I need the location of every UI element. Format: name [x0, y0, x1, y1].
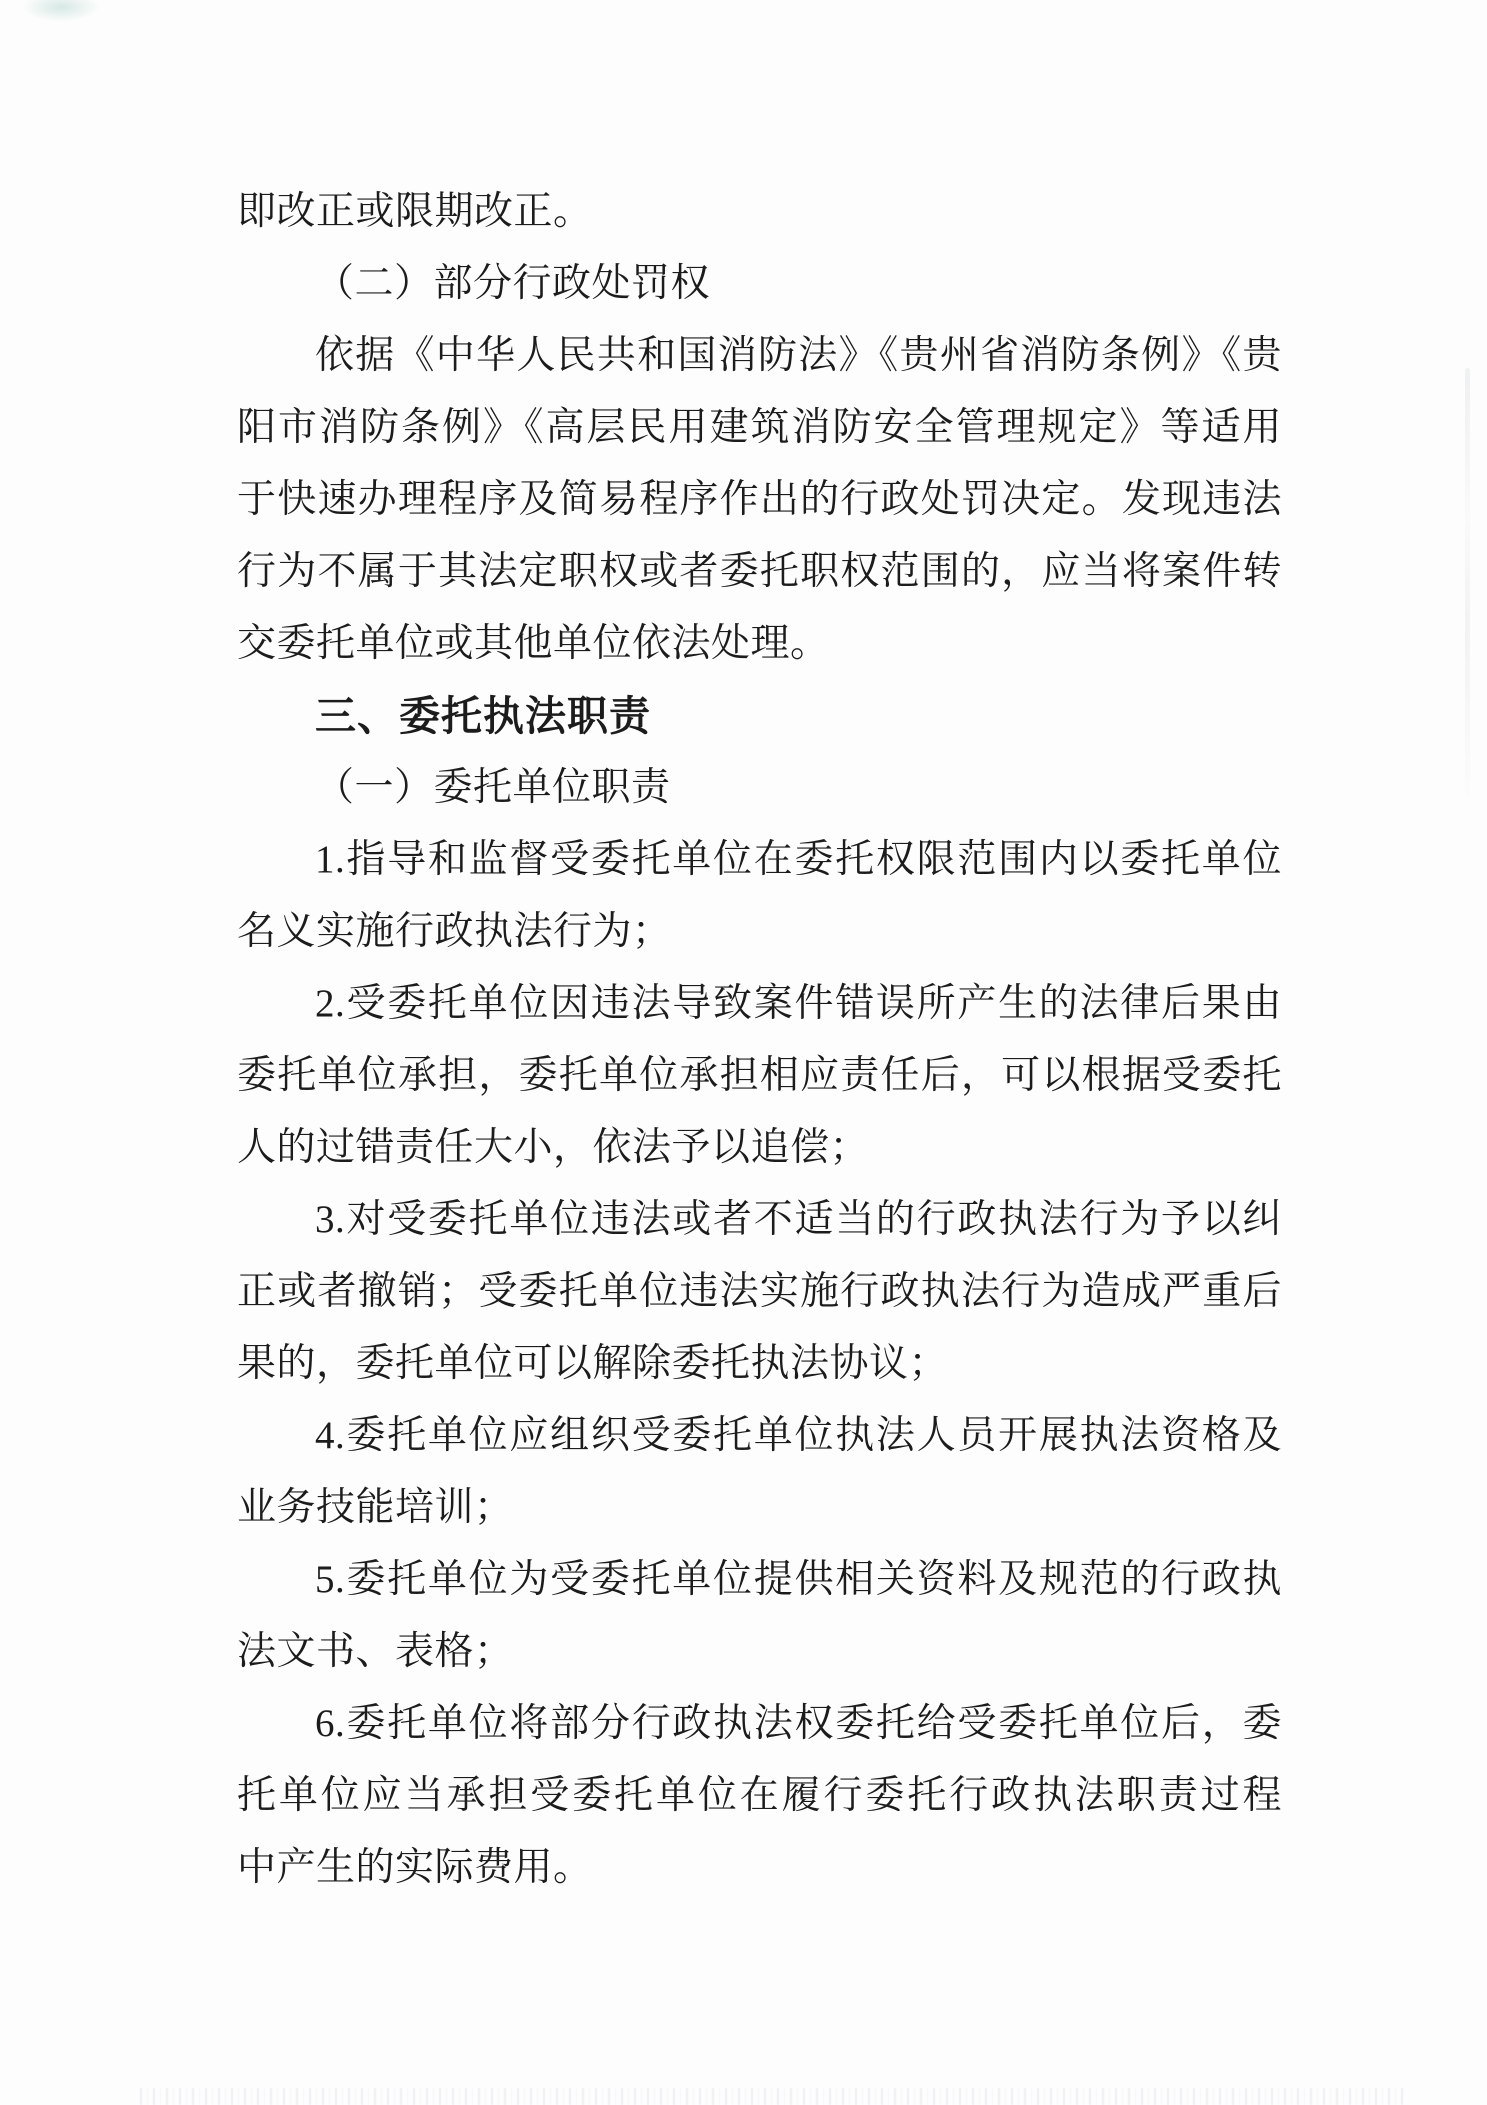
- document-line: 名义实施行政执法行为；: [237, 896, 1282, 968]
- document-line: 于快速办理程序及简易程序作出的行政处罚决定。发现违法: [237, 464, 1282, 536]
- document-line: 正或者撤销；受委托单位违法实施行政执法行为造成严重后: [237, 1256, 1282, 1328]
- document-text-block: 即改正或限期改正。（二）部分行政处罚权依据《中华人民共和国消防法》《贵州省消防条…: [237, 176, 1282, 1904]
- scan-bleed-band-bottom: [140, 2088, 1407, 2105]
- document-line: 人的过错责任大小，依法予以追偿；: [237, 1112, 1282, 1184]
- document-line: 委托单位承担，委托单位承担相应责任后，可以根据受委托: [237, 1040, 1282, 1112]
- document-line: 行为不属于其法定职权或者委托职权范围的，应当将案件转: [237, 536, 1282, 608]
- document-line: 托单位应当承担受委托单位在履行委托行政执法职责过程: [237, 1760, 1282, 1832]
- document-line: （二）部分行政处罚权: [237, 248, 1282, 320]
- document-line: 业务技能培训；: [237, 1472, 1282, 1544]
- document-line: 果的，委托单位可以解除委托执法协议；: [237, 1328, 1282, 1400]
- document-line: 交委托单位或其他单位依法处理。: [237, 608, 1282, 680]
- document-line: 即改正或限期改正。: [237, 176, 1282, 248]
- scan-edge-marks-right: [1465, 368, 1470, 798]
- document-line: 依据《中华人民共和国消防法》《贵州省消防条例》《贵: [237, 320, 1282, 392]
- document-line: 法文书、表格；: [237, 1616, 1282, 1688]
- document-line: 1.指导和监督受委托单位在委托权限范围内以委托单位: [237, 824, 1282, 896]
- document-line: 5.委托单位为受委托单位提供相关资料及规范的行政执: [237, 1544, 1282, 1616]
- document-page: 即改正或限期改正。（二）部分行政处罚权依据《中华人民共和国消防法》《贵州省消防条…: [0, 0, 1487, 2105]
- document-line: 2.受委托单位因违法导致案件错误所产生的法律后果由: [237, 968, 1282, 1040]
- document-line: （一）委托单位职责: [237, 752, 1282, 824]
- scan-smudge-top-left: [22, 0, 100, 22]
- document-line: 中产生的实际费用。: [237, 1832, 1282, 1904]
- document-line: 6.委托单位将部分行政执法权委托给受委托单位后，委: [237, 1688, 1282, 1760]
- document-line: 4.委托单位应组织受委托单位执法人员开展执法资格及: [237, 1400, 1282, 1472]
- document-line: 3.对受委托单位违法或者不适当的行政执法行为予以纠: [237, 1184, 1282, 1256]
- document-heading-line: 三、委托执法职责: [237, 680, 1282, 752]
- document-line: 阳市消防条例》《高层民用建筑消防安全管理规定》等适用: [237, 392, 1282, 464]
